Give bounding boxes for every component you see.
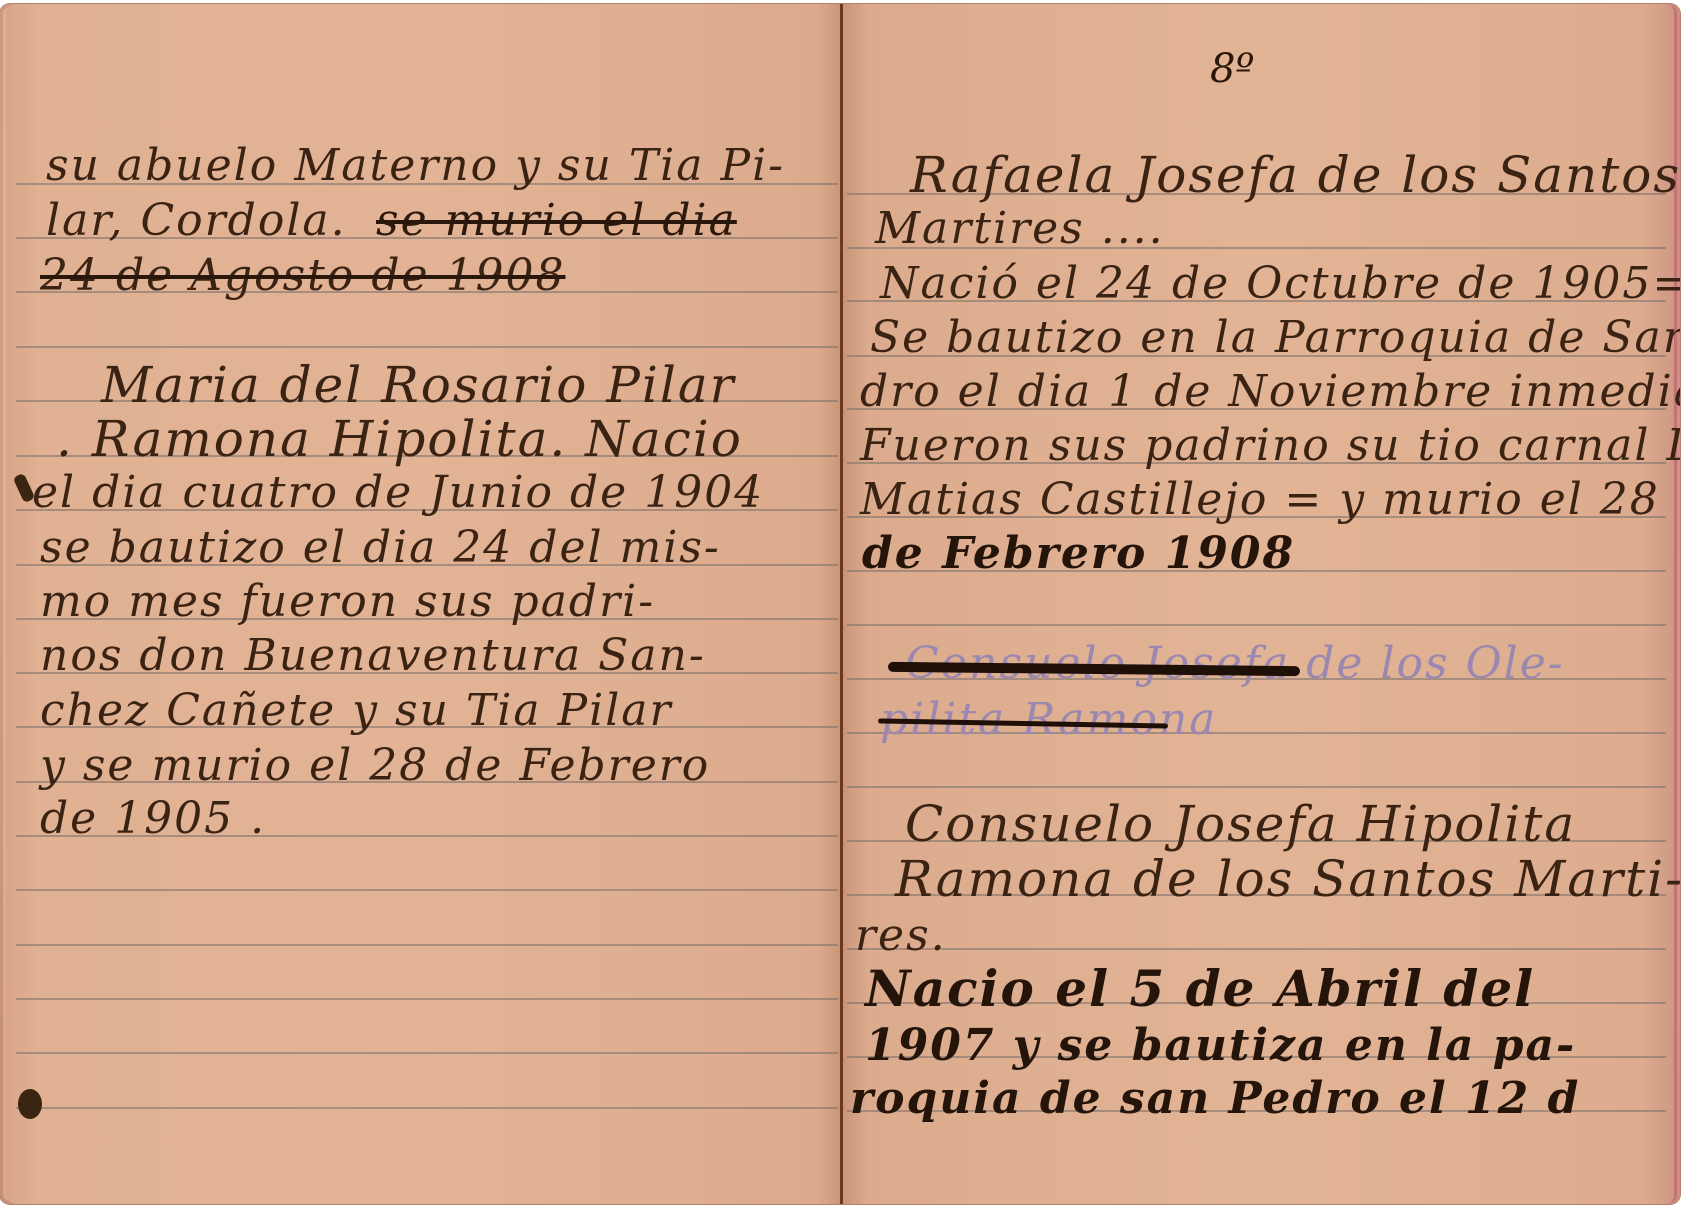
handwritten-line: Nacio el 5 de Abril del — [865, 964, 1535, 1014]
entry-name: . Ramona Hipolita. Nacio — [56, 414, 743, 464]
handwritten-line: de Febrero 1908 — [862, 532, 1295, 576]
ruled-line — [16, 944, 838, 946]
handwritten-line: de 1905 . — [40, 797, 266, 841]
notebook-spread: su abuelo Materno y su Tia Pi- lar, Cord… — [0, 4, 1680, 1204]
entry-name: Ramona de los Santos Marti- — [895, 854, 1680, 904]
handwritten-line: Martires .... — [875, 207, 1165, 251]
ruled-line — [847, 624, 1666, 626]
handwritten-line: mo mes fueron sus padri- — [40, 580, 655, 624]
ruled-line — [16, 998, 838, 1000]
page-number: 8º — [1210, 46, 1254, 92]
entry-name: Rafaela Josefa de los Santos — [910, 150, 1680, 200]
scan-margin — [0, 1206, 1700, 1212]
ruled-line — [16, 889, 838, 891]
handwritten-line: su abuelo Materno y su Tia Pi- — [46, 144, 785, 188]
handwritten-line: Fueron sus padrino su tio carnal D. — [860, 424, 1680, 468]
handwritten-line: res. — [855, 914, 947, 958]
struck-text: se murio el dia — [376, 199, 737, 243]
ruled-line — [847, 786, 1666, 788]
handwritten-line: roquia de san Pedro el 12 d — [850, 1077, 1580, 1121]
handwritten-line: chez Cañete y su Tia Pilar — [40, 689, 673, 733]
handwritten-line: el dia cuatro de Junio de 1904 — [32, 471, 764, 515]
ruled-line — [847, 948, 1666, 950]
handwritten-line: y se murio el 28 de Febrero — [40, 744, 710, 788]
ink-blot — [18, 1089, 42, 1119]
handwritten-line: dro el dia 1 de Noviembre inmediato — [860, 370, 1680, 414]
handwritten-line: Nació el 24 de Octubre de 1905= — [880, 262, 1680, 306]
struck-text: 24 de Agosto de 1908 — [40, 254, 566, 298]
left-page: su abuelo Materno y su Tia Pi- lar, Cord… — [6, 4, 842, 1204]
entry-name: Consuelo Josefa Hipolita — [905, 799, 1576, 849]
ruled-line — [16, 346, 838, 348]
ruled-line — [16, 1052, 838, 1054]
handwritten-line: nos don Buenaventura San- — [40, 634, 706, 678]
ruled-line — [16, 1107, 838, 1109]
handwritten-line: lar, Cordola. — [46, 199, 347, 243]
handwritten-line: Se bautizo en la Parroquia de San Pe- — [870, 316, 1680, 360]
handwritten-line: 1907 y se bautiza en la pa- — [865, 1024, 1576, 1068]
entry-name: Maria del Rosario Pilar — [101, 360, 736, 410]
handwritten-line: Matias Castillejo = y murio el 28 — [860, 478, 1660, 522]
handwritten-line: se bautizo el dia 24 del mis- — [40, 526, 721, 570]
